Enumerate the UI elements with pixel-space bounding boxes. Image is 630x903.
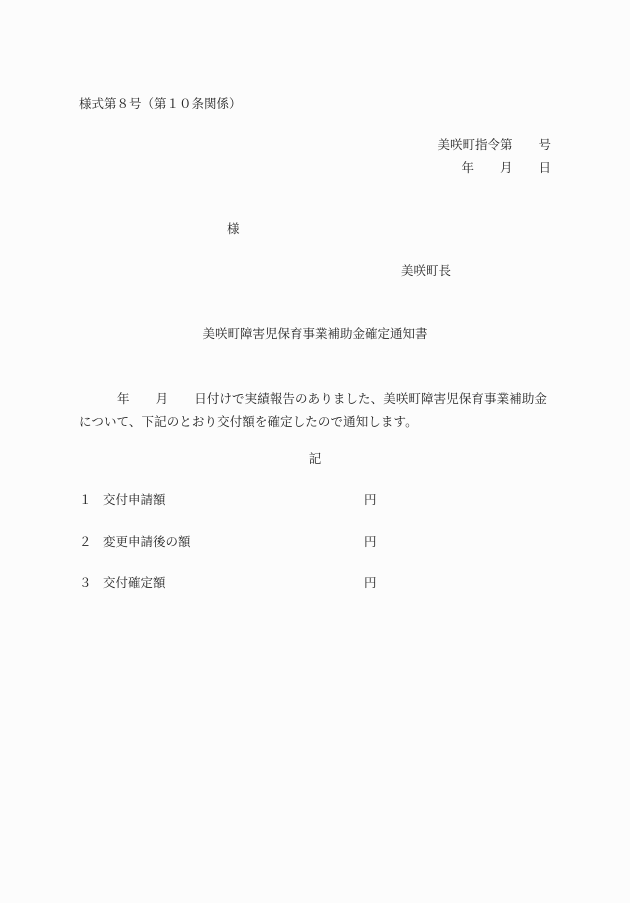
amount-item-confirmed: ３ 交付確定額 円 [79,575,379,591]
item-number: １ [79,492,103,508]
item-number: ３ [79,575,103,591]
body-paragraph: 年月日付けで実績報告のありました、美咲町障害児保育事業補助金について、下記のとお… [79,387,553,433]
day-blank [512,160,538,176]
body-month-label: 月 [156,391,169,406]
issue-date-line: 年 月 日 [461,160,551,176]
item-label: 交付申請額 [103,492,364,508]
item-unit: 円 [364,534,377,550]
reference-number-blank [512,137,538,153]
document-page: 様式第８号（第１０条関係） 美咲町指令第 号 年 月 日 様 美咲町長 美咲町障… [0,0,630,903]
reference-suffix: 号 [538,137,551,153]
date-day-label: 日 [538,160,551,176]
ki-heading: 記 [0,451,630,467]
reference-number-line: 美咲町指令第 号 [437,137,551,153]
item-label: 変更申請後の額 [103,534,364,550]
form-number: 様式第８号（第１０条関係） [79,96,242,112]
document-title: 美咲町障害児保育事業補助金確定通知書 [0,326,630,342]
amount-item-application: １ 交付申請額 円 [79,492,379,508]
item-number: ２ [79,534,103,550]
item-unit: 円 [364,492,377,508]
recipient-honorific: 様 [227,221,240,237]
date-month-label: 月 [500,160,513,176]
item-unit: 円 [364,575,377,591]
item-label: 交付確定額 [103,575,364,591]
date-year-label: 年 [461,160,474,176]
reference-prefix: 美咲町指令第 [437,137,512,153]
month-blank [474,160,500,176]
body-year-label: 年 [117,391,130,406]
issuer-name: 美咲町長 [401,263,451,279]
body-text-rest: 日付けで実績報告のありました、美咲町障害児保育事業補助金について、下記のとおり交… [79,391,547,429]
amount-item-revised: ２ 変更申請後の額 円 [79,534,379,550]
